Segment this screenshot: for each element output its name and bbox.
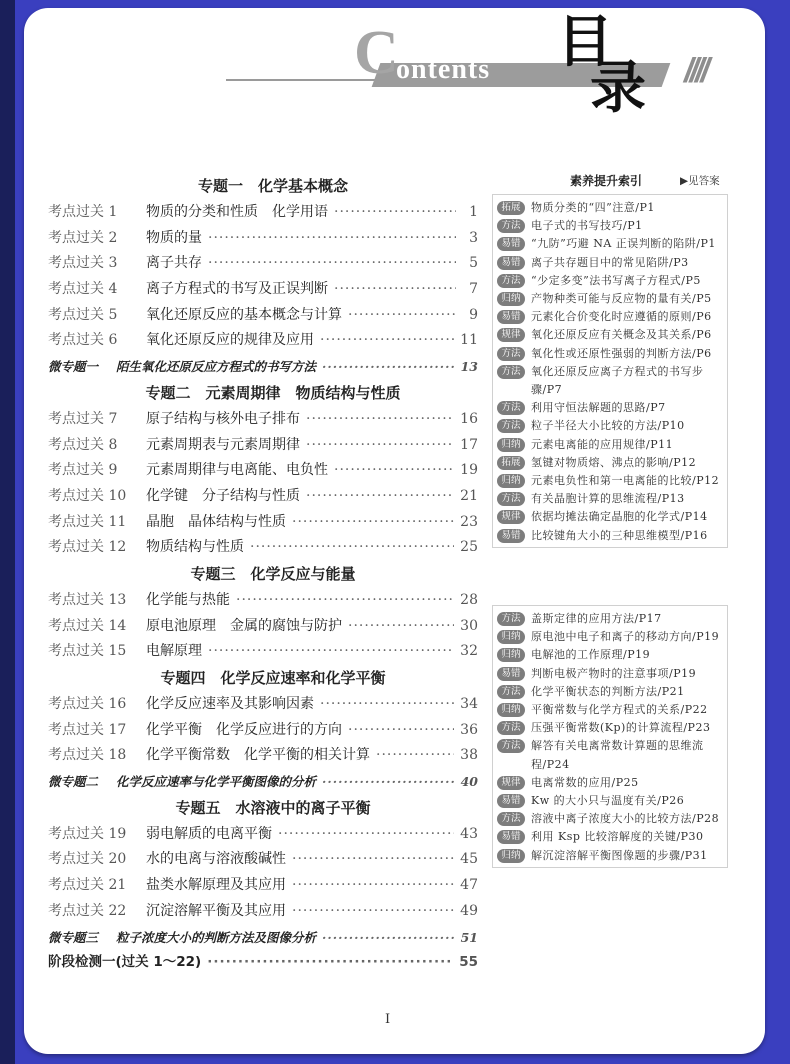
tag-badge: 规律 [497, 510, 525, 524]
toc-entry[interactable]: 考点过关 11晶胞 晶体结构与性质23 [48, 510, 478, 536]
index-item[interactable]: 方法利用守恒法解题的思路/P7 [497, 399, 727, 417]
index-item[interactable]: 易错“九防”巧避 NA 正误判断的陷阱/P1 [497, 235, 727, 253]
toc-entry[interactable]: 考点过关 15电解原理32 [48, 639, 478, 665]
tag-badge: 归纳 [497, 849, 525, 863]
section-title: 专题四 化学反应速率和化学平衡 [48, 665, 478, 692]
index-item[interactable]: 方法“少定多变”法书写离子方程式/P5 [497, 272, 727, 290]
index-header: 素养提升索引 ▶见答案 [490, 170, 750, 192]
leader-dots [250, 535, 454, 561]
toc-entry[interactable]: 考点过关 19弱电解质的电离平衡43 [48, 822, 478, 848]
index-item[interactable]: 规律氧化还原反应有关概念及其关系/P6 [497, 326, 727, 344]
index-item[interactable]: 方法溶液中离子浓度大小的比较方法/P28 [497, 810, 727, 828]
leader-dots [292, 510, 454, 536]
index-item[interactable]: 归纳电解池的工作原理/P19 [497, 646, 727, 664]
tag-badge: 易错 [497, 529, 525, 543]
leader-dots [320, 328, 454, 354]
leader-dots [322, 769, 455, 795]
toc-entry[interactable]: 考点过关 22沉淀溶解平衡及其应用49 [48, 899, 478, 925]
index-item[interactable]: 规律依据均摊法确定晶胞的化学式/P14 [497, 508, 727, 526]
tag-badge: 归纳 [497, 630, 525, 644]
index-item[interactable]: 归纳平衡常数与化学方程式的关系/P22 [497, 701, 727, 719]
leader-dots [348, 303, 456, 329]
toc-entry[interactable]: 考点过关 4离子方程式的书写及正误判断7 [48, 277, 478, 303]
leader-dots [292, 847, 454, 873]
leader-dots [322, 354, 455, 380]
index-item[interactable]: 归纳解沉淀溶解平衡图像题的步骤/P31 [497, 847, 727, 865]
leader-dots [334, 277, 456, 303]
tag-badge: 易错 [497, 256, 525, 270]
index-item[interactable]: 方法粒子半径大小比较的方法/P10 [497, 417, 727, 435]
toc-entry[interactable]: 考点过关 3离子共存5 [48, 251, 478, 277]
index-item[interactable]: 方法化学平衡状态的判断方法/P21 [497, 683, 727, 701]
see-answer-link[interactable]: ▶见答案 [680, 173, 720, 188]
header-title-initial: C [354, 22, 399, 84]
toc-entry[interactable]: 考点过关 17化学平衡 化学反应进行的方向36 [48, 718, 478, 744]
index-title: 素养提升索引 [570, 172, 642, 189]
index-item[interactable]: 易错比较键角大小的三种思维模型/P16 [497, 527, 727, 545]
index-item[interactable]: 归纳元素电负性和第一电离能的比较/P12 [497, 472, 727, 490]
tag-badge: 归纳 [497, 648, 525, 662]
index-panel-1: 拓展物质分类的“四”注意/P1 方法电子式的书写技巧/P1 易错“九防”巧避 N… [492, 194, 728, 548]
leader-dots [278, 822, 454, 848]
toc-entry[interactable]: 考点过关 7原子结构与核外电子排布16 [48, 407, 478, 433]
leader-dots [306, 407, 454, 433]
header-title-cn-2: 录 [590, 60, 646, 116]
toc-entry[interactable]: 考点过关 20水的电离与溶液酸碱性45 [48, 847, 478, 873]
micro-topic-entry[interactable]: 微专题一陌生氧化还原反应方程式的书写方法13 [48, 354, 478, 380]
tag-badge: 规律 [497, 328, 525, 342]
tag-badge: 方法 [497, 739, 525, 753]
index-item[interactable]: 方法电子式的书写技巧/P1 [497, 217, 727, 235]
tag-badge: 易错 [497, 310, 525, 324]
header-slash-decoration: //// [684, 54, 706, 88]
section-title: 专题三 化学反应与能量 [48, 561, 478, 588]
page-number: I [385, 1012, 390, 1027]
leader-dots [208, 639, 454, 665]
tag-badge: 易错 [497, 794, 525, 808]
leader-dots [306, 484, 454, 510]
tag-badge: 方法 [497, 685, 525, 699]
section-title: 专题五 水溶液中的离子平衡 [48, 795, 478, 822]
leader-dots [334, 458, 454, 484]
tag-badge: 归纳 [497, 292, 525, 306]
toc-entry[interactable]: 考点过关 14原电池原理 金属的腐蚀与防护30 [48, 614, 478, 640]
tag-badge: 方法 [497, 274, 525, 288]
tag-badge: 拓展 [497, 456, 525, 470]
header-title-en: ontents [396, 56, 490, 84]
leader-dots [348, 718, 454, 744]
contents-header: C ontents 目 录 //// [24, 8, 765, 138]
index-item[interactable]: 方法氧化还原反应离子方程式的书写步骤/P7 [497, 363, 727, 399]
toc-entry[interactable]: 考点过关 6氧化还原反应的规律及应用11 [48, 328, 478, 354]
tag-badge: 方法 [497, 721, 525, 735]
tag-badge: 方法 [497, 492, 525, 506]
index-panel-2: 方法盖斯定律的应用方法/P17 归纳原电池中电子和离子的移动方向/P19 归纳电… [492, 605, 728, 868]
tag-badge: 方法 [497, 347, 525, 361]
tag-badge: 归纳 [497, 474, 525, 488]
leader-dots [292, 899, 454, 925]
micro-topic-entry[interactable]: 微专题二化学反应速率与化学平衡图像的分析40 [48, 769, 478, 795]
tag-badge: 易错 [497, 667, 525, 681]
micro-topic-entry[interactable]: 微专题三粒子浓度大小的判断方法及图像分析51 [48, 925, 478, 951]
toc-entry[interactable]: 考点过关 5氧化还原反应的基本概念与计算9 [48, 303, 478, 329]
stage-test-entry[interactable]: 阶段检测一(过关 1～22)55 [48, 950, 478, 976]
toc-entry[interactable]: 考点过关 8元素周期表与元素周期律17 [48, 433, 478, 459]
index-item[interactable]: 易错Kw 的大小只与温度有关/P26 [497, 792, 727, 810]
index-item[interactable]: 拓展物质分类的“四”注意/P1 [497, 199, 727, 217]
toc-entry[interactable]: 考点过关 10化学键 分子结构与性质21 [48, 484, 478, 510]
tag-badge: 方法 [497, 812, 525, 826]
tag-badge: 方法 [497, 419, 525, 433]
index-item[interactable]: 规律电离常数的应用/P25 [497, 774, 727, 792]
index-item[interactable]: 方法解答有关电离常数计算题的思维流程/P24 [497, 737, 727, 773]
table-of-contents: 专题一 化学基本概念 考点过关 1物质的分类和性质 化学用语1 考点过关 2物质… [48, 173, 478, 976]
index-item[interactable]: 归纳产物种类可能与反应物的量有关/P5 [497, 290, 727, 308]
leader-dots [292, 873, 454, 899]
index-item[interactable]: 易错利用 Ksp 比较溶解度的关键/P30 [497, 828, 727, 846]
left-edge-strip [0, 0, 15, 1064]
tag-badge: 归纳 [497, 703, 525, 717]
leader-dots [208, 251, 456, 277]
leader-dots [236, 588, 454, 614]
index-item[interactable]: 方法盖斯定律的应用方法/P17 [497, 610, 727, 628]
toc-entry[interactable]: 考点过关 18化学平衡常数 化学平衡的相关计算38 [48, 743, 478, 769]
contents-page: C ontents 目 录 //// 专题一 化学基本概念 考点过关 1物质的分… [24, 8, 765, 1054]
index-item[interactable]: 易错离子共存题目中的常见陷阱/P3 [497, 254, 727, 272]
toc-entry[interactable]: 考点过关 13化学能与热能28 [48, 588, 478, 614]
toc-entry[interactable]: 考点过关 12物质结构与性质25 [48, 535, 478, 561]
index-item[interactable]: 易错判断电极产物时的注意事项/P19 [497, 665, 727, 683]
leader-dots [322, 925, 455, 951]
tag-badge: 规律 [497, 776, 525, 790]
leader-dots [348, 614, 454, 640]
section-title: 专题二 元素周期律 物质结构与性质 [48, 380, 478, 407]
index-item[interactable]: 方法压强平衡常数(Kp)的计算流程/P23 [497, 719, 727, 737]
tag-badge: 归纳 [497, 438, 525, 452]
tag-badge: 方法 [497, 612, 525, 626]
leader-dots [320, 692, 454, 718]
index-item[interactable]: 归纳原电池中电子和离子的移动方向/P19 [497, 628, 727, 646]
index-item[interactable]: 方法有关晶胞计算的思维流程/P13 [497, 490, 727, 508]
toc-entry[interactable]: 考点过关 1物质的分类和性质 化学用语1 [48, 200, 478, 226]
leader-dots [306, 433, 454, 459]
toc-entry[interactable]: 考点过关 21盐类水解原理及其应用47 [48, 873, 478, 899]
index-item[interactable]: 拓展氢键对物质熔、沸点的影响/P12 [497, 454, 727, 472]
index-item[interactable]: 方法氧化性或还原性强弱的判断方法/P6 [497, 345, 727, 363]
leader-dots [208, 226, 456, 252]
index-item[interactable]: 易错元素化合价变化时应遵循的原则/P6 [497, 308, 727, 326]
leader-dots [376, 743, 454, 769]
tag-badge: 方法 [497, 365, 525, 379]
leader-dots [207, 950, 453, 976]
tag-badge: 易错 [497, 830, 525, 844]
section-title: 专题一 化学基本概念 [48, 173, 478, 200]
toc-entry[interactable]: 考点过关 9元素周期律与电离能、电负性19 [48, 458, 478, 484]
tag-badge: 方法 [497, 401, 525, 415]
tag-badge: 易错 [497, 237, 525, 251]
tag-badge: 拓展 [497, 201, 525, 215]
toc-entry[interactable]: 考点过关 16化学反应速率及其影响因素34 [48, 692, 478, 718]
toc-entry[interactable]: 考点过关 2物质的量3 [48, 226, 478, 252]
leader-dots [334, 200, 456, 226]
index-item[interactable]: 归纳元素电离能的应用规律/P11 [497, 436, 727, 454]
tag-badge: 方法 [497, 219, 525, 233]
